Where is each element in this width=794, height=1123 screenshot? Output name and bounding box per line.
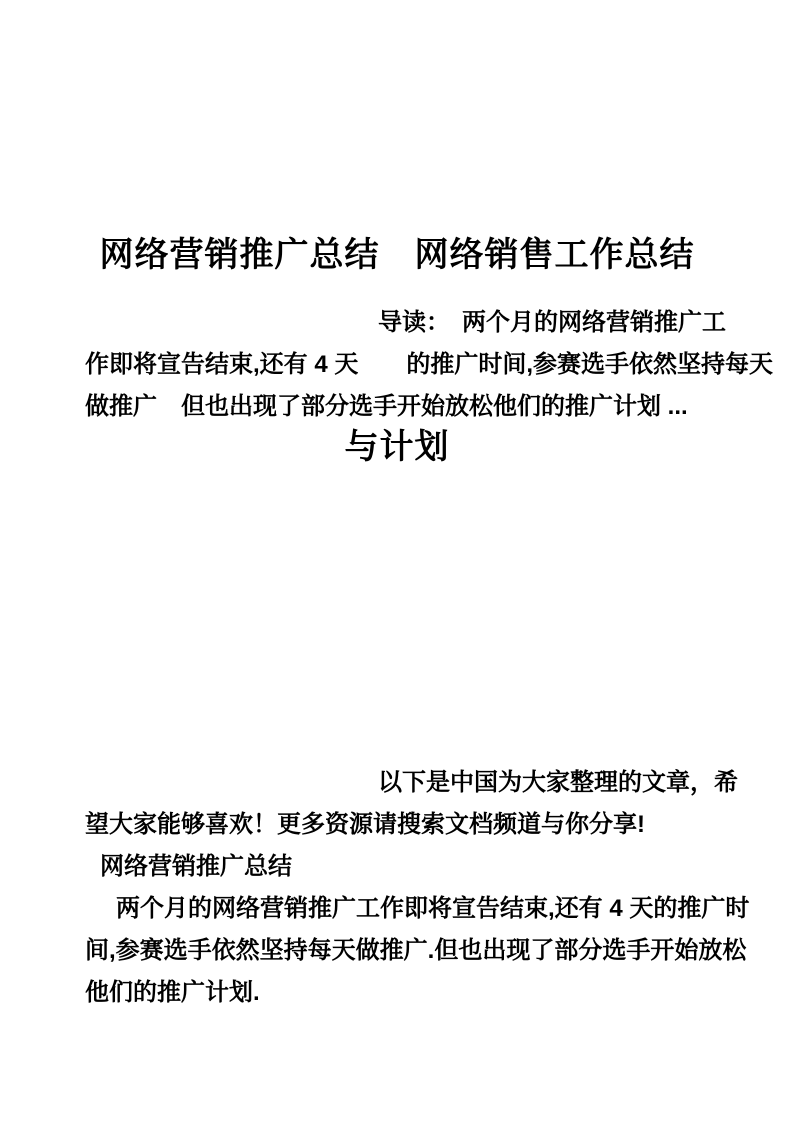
body-line-3: 他们的推广计划. [85, 972, 713, 1014]
intro-line-1: 导读： 两个月的网络营销推广工 [85, 302, 713, 344]
body-section: 以下是中国为大家整理的文章，希 望大家能够喜欢！更多资源请搜索文档频道与你分享!… [85, 762, 713, 1014]
intro-line-3: 做推广 但也出现了部分选手开始放松他们的推广计划 ... [85, 386, 713, 428]
lead-line-1: 以下是中国为大家整理的文章，希 [85, 762, 713, 804]
title-line-1: 网络营销推广总结 网络销售工作总结 [0, 224, 794, 288]
section-heading: 网络营销推广总结 [85, 846, 713, 888]
intro-line-2: 作即将宣告结束,还有 4 天 的推广时间,参赛选手依然坚持每天 [85, 344, 713, 386]
intro-paragraph: 导读： 两个月的网络营销推广工 作即将宣告结束,还有 4 天 的推广时间,参赛选… [85, 302, 713, 428]
body-line-2: 间,参赛选手依然坚持每天做推广.但也出现了部分选手开始放松 [85, 930, 713, 972]
document-page: 网络营销推广总结 网络销售工作总结 与计划 导读： 两个月的网络营销推广工 作即… [0, 0, 794, 1123]
body-line-1: 两个月的网络营销推广工作即将宣告结束,还有 4 天的推广时 [85, 888, 713, 930]
lead-line-2: 望大家能够喜欢！更多资源请搜索文档频道与你分享! [85, 804, 713, 846]
